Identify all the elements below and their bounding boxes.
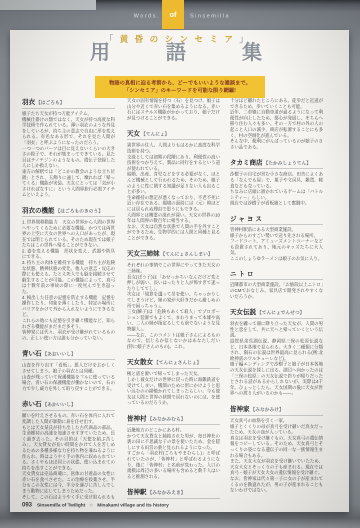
header-words-label: Words.: [98, 13, 160, 23]
entry-heading: タカミ商店【たかみしょうてん】: [230, 159, 323, 170]
entry-heading: ジャヨス: [230, 215, 323, 225]
footer-section-title: Minakami village and its history: [97, 503, 169, 509]
entry-title: タカミ商店: [230, 159, 263, 167]
entry-heading: 羽衣の機能【はごろものきのう】: [22, 206, 115, 217]
entry-body: 山査を作り出す「看板」。悪人だけをおかしくさせてしまう。娘子の羽衣とは同種。 山…: [22, 363, 115, 392]
entry-title: ジャヨス: [230, 215, 264, 223]
entry-nitoro: ニトロ 近隣都市の大型商業施設。「お値段以上ニトロ」のCMでおなじみ。家具店で開…: [230, 270, 323, 299]
footer-star-icon: ☆: [89, 503, 93, 509]
column-2-continuation: 天女の固有情報を持つ〈石〉を見つけ、娘子は山分や近くで赤い石を集めるようになる。…: [127, 98, 220, 121]
glossary-column-3: 十分ほど離れたところにある。徒歩だと近道ができるため、歩いていくことも可能。 近…: [230, 98, 323, 500]
entry-title: 皆神村: [127, 414, 147, 422]
entry-title: 青い石: [22, 350, 42, 358]
entry-heading: 皆神村【みなかみむら】: [127, 414, 220, 425]
entry-title: 皆神家: [230, 405, 250, 413]
entry-title: 天女散女: [127, 358, 153, 366]
intro-box-text: 物語の真相に迫る考察から、どーでもいいような雑談まで。 「シンセミア」のキーワー…: [95, 76, 265, 98]
entry-tennyo-densetsu: 天女伝説【てんにょでんせつ】 羽衣を纏って湖に降り立った天女が、人間の男性と恋を…: [230, 308, 323, 396]
entry-minakami-eki: 皆神駅【みなかみえき】 皆神村の唯一の鉄道の駅。 地理的な問題なのか、皆神村の中…: [127, 488, 220, 500]
entry-title: 羽衣の機能: [22, 206, 55, 214]
entry-body: 1. 世界間移動能力 天女の世界から人間の世界へやってくるために必要な機能。かつ…: [22, 219, 115, 341]
entry-reading: 【あおいいし】: [43, 352, 76, 358]
entry-heading: 青い石【あおいいし】: [22, 350, 115, 361]
entry-tennyo-sanjo: 天女散女【てんにょさんじょ】 極と話を置いで帰ってしまった天女。 しかし彼女だけ…: [127, 358, 220, 406]
entry-jayosu: ジャヨス 皆神村駅前にある大型商業施設。 娘子からのすごい勢いで送り先される場所…: [230, 215, 323, 262]
entry-hagoromo: 羽衣【はごろも】 娘子たち天女が持つ万能アイテム。 機械仕掛けの類ではなく、天女…: [22, 98, 115, 198]
entry-body: それぞれの事情でこの世界にやってきた天女の三姉妹。 長女(ぽう子)は「あせっかち…: [127, 263, 220, 350]
entry-heading: 赤い石【あかいいし】: [22, 400, 115, 411]
footer-book-title: Sinsemilla of Twilight: [37, 503, 85, 509]
header-words-text: Words.: [98, 13, 160, 19]
entry-tennyo: 天女【てんにょ】 異世界の住人。人間よりもはるかに高度な科学技術を持つ。 交流と…: [127, 130, 220, 242]
entry-reading: 【てんにょでんせつ】: [257, 310, 304, 316]
entry-reading: 【てんにょ】: [141, 132, 169, 138]
entry-body: 近畿地方のどこかにある村。 かつて天女貸女と締結された男が、毎日神社の裏の田に不…: [127, 427, 220, 479]
entry-reading: 【てんにょさんしまい】: [161, 252, 213, 258]
entry-heading: 皆神家【みなかみけ】: [230, 405, 323, 416]
column-3-continuation: 十分ほど離れたところにある。徒歩だと近道ができるため、歩いていくことも可能。 近…: [230, 98, 323, 150]
entry-reading: 【はごろものきのう】: [56, 208, 104, 214]
entry-body: 極と話を置いで帰ってしまった天女。 しかし彼女だけの世界に戻った時に海難鉄道を受…: [127, 371, 220, 406]
entry-title: 羽衣: [22, 98, 35, 106]
entry-reading: 【みなかみむら】: [148, 416, 186, 422]
of-tab-label: of: [162, 0, 184, 29]
glossary-column-2: 天女の固有情報を持つ〈石〉を見つけ、娘子は山分や近くで赤い石を集めるようになる。…: [127, 98, 220, 500]
entry-reading: 【みなかみけ】: [251, 407, 284, 413]
entry-body: 皆神村駅前にある大型商業施設。 娘子からのすごい勢いで送り先される場所。 フード…: [230, 227, 323, 262]
entry-takami-shouten: タカミ商店【たかみしょうてん】 沙樹子の自宅が営む小さな商店。田舎によくある「な…: [230, 159, 323, 207]
entry-reading: 【てんにょさんじょ】: [154, 360, 201, 366]
entry-body: 娘子たち天女が持つ万能アイテム。 機械仕掛けの類ではなく、天女が持つ高度な科学技…: [22, 111, 115, 198]
adjacent-page-edge: [0, 0, 96, 10]
page-title: 用 語 集: [90, 43, 262, 63]
entry-heading: 皆神駅【みなかみえき】: [127, 488, 220, 499]
entry-heading: 天女【てんにょ】: [127, 130, 220, 141]
entry-heading: 天女散女【てんにょさんじょ】: [127, 358, 220, 369]
intro-box: 物語の真相に迫る考察から、どーでもいいような雑談まで。 「シンセミア」のキーワー…: [95, 76, 265, 98]
page-footer: 093 Sinsemilla of Twilight ☆ Minakami vi…: [22, 501, 342, 511]
entry-heading: 天女伝説【てんにょでんせつ】: [230, 308, 323, 319]
intro-line-2: 「シンセミア」のキーワードを可能な限り網羅!: [124, 87, 236, 95]
header-sinsemilla-text: Sinsemilla: [190, 13, 230, 19]
entry-body: 天女真弓の血筋を引く一家。 娘子とくくりの母が真弓を受け継いだ真女だったため、天…: [230, 418, 323, 493]
entry-akai-ishi: 赤い石【あかいいし】 願いを叶えさせるもの。赤い石を体内に入れて変調した人間が暴…: [22, 400, 115, 500]
entry-reading: 【たかみしょうてん】: [264, 161, 312, 167]
entry-title: 天女: [127, 130, 140, 138]
entry-body: 沙樹子の自宅が営む小さな商店。田舎によくある「なんでも屋」で、菓子や文房具、雑貨…: [230, 172, 323, 207]
page-title-char-2: 語: [166, 43, 186, 63]
glossary-column-1: 羽衣【はごろも】 娘子たち天女が持つ万能アイテム。 機械仕掛けの類ではなく、天女…: [22, 98, 115, 500]
of-tab: of: [162, 0, 184, 29]
entry-minakami-mura: 皆神村【みなかみむら】 近畿地方のどこかにある村。 かつて天女貸女と締結された男…: [127, 414, 220, 479]
scanned-page-photo: { "colors":{"accent_yellow":"#f1c332","t…: [0, 0, 360, 528]
entry-heading: ニトロ: [230, 270, 323, 280]
entry-title: 天女伝説: [230, 308, 256, 316]
book-page: 「黄昏のシンセミア」 用 語 集 物語の真相に迫る考察から、どーでもいいような雑…: [10, 30, 349, 512]
entry-body: 異世界の住人。人間よりもはるかに高度な科学技術を持つ。 交流としては初期の段階に…: [127, 143, 220, 242]
header-sinsemilla-label: Sinsemilla: [190, 13, 270, 23]
entry-heading: 羽衣【はごろも】: [22, 98, 115, 109]
entry-aoi-ishi: 青い石【あおいいし】 山査を作り出す「看板」。悪人だけをおかしくさせてしまう。娘…: [22, 350, 115, 392]
entry-body: 願いを叶えさせるもの。赤い石を体内に入れて変調した人間が暴動に身を任せ出す。 も…: [22, 413, 115, 500]
entry-reading: 【はごろも】: [36, 100, 65, 106]
page-number: 093: [22, 501, 32, 508]
page-title-char-1: 用: [90, 43, 110, 63]
entry-tennyo-sanshimai: 天女三姉妹【てんにょさんしまい】 それぞれの事情でこの世界にやってきた天女の三姉…: [127, 250, 220, 350]
entry-title: ニトロ: [230, 270, 256, 278]
entry-heading: 天女三姉妹【てんにょさんしまい】: [127, 250, 220, 261]
entry-body: 羽衣を纏って湖に降り立った天女が、人間の男性と恋をして、共に天へと帰っていくとい…: [230, 321, 323, 396]
intro-line-1: 物語の真相に迫る考察から、どーでもいいような雑談まで。: [109, 80, 251, 88]
entry-reading: 【みなかみえき】: [148, 490, 186, 496]
entry-title: 赤い石: [22, 400, 42, 408]
entry-body: 近隣都市の大型商業施設。「お値段以上ニトロ」のCMでおなじみ。家具店で開発されや…: [230, 282, 323, 299]
entry-minakami-ke: 皆神家【みなかみけ】 天女真弓の血筋を引く一家。 娘子とくくりの母が真弓を受け継…: [230, 405, 323, 493]
page-title-char-3: 集: [242, 43, 262, 63]
entry-title: 天女三姉妹: [127, 250, 160, 258]
entry-hagoromo-kinou: 羽衣の機能【はごろものきのう】 1. 世界間移動能力 天女の世界から人間の世界へ…: [22, 206, 115, 341]
entry-reading: 【あかいいし】: [43, 402, 76, 408]
entry-title: 皆神駅: [127, 488, 147, 496]
